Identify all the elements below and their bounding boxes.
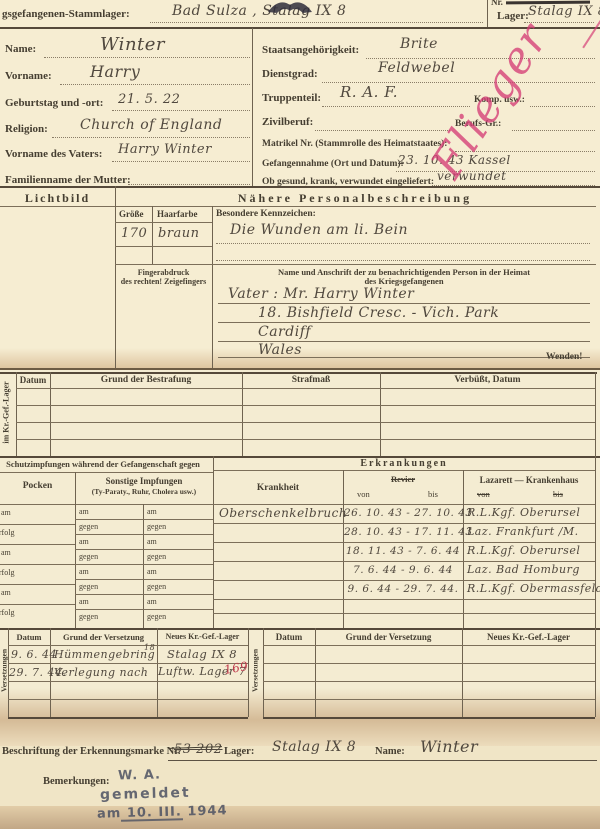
kennzeichen-label: Besondere Kennzeichen: [216,209,316,219]
religion-label: Religion: [5,123,48,135]
pocken-erfolg-3: Erfolg [0,608,14,617]
sonst-am-4b: am [147,597,157,606]
erkr-v3 [595,456,596,628]
footer-name-label: Name: [375,746,405,757]
name-value: Winter [100,34,165,55]
fingerprint-top-rule [115,264,596,265]
erkr-row1-dates: 26. 10. 43 - 27. 10. 43 [344,507,462,519]
dienstgrad-value: Feldwebel [378,60,455,76]
sonst-r6 [75,594,213,595]
vers-l-r3 [8,699,248,700]
strafen-row1 [16,405,595,406]
page-junction-line [0,368,600,370]
wenden-label: Wenden! [546,352,582,362]
vers-l-bottom [8,717,248,719]
beschriftung-label: Beschriftung der Erkennungsmarke Nr. [2,746,181,757]
footer-name-value: Winter [420,737,478,756]
contact-header-2: des Kriegsgefangenen [212,276,596,286]
lazarett-bis-struck: bis [553,489,563,499]
vorname-value: Harry [90,62,140,81]
impf-header-rule [0,504,213,505]
pocken-am-2: am [1,548,11,557]
matrikel-label: Matrikel Nr. (Stammrolle des Heimatstaat… [262,139,447,149]
erkr-r6 [213,613,595,614]
vers-l-r2 [8,681,248,682]
groesse-value: 170 [121,226,147,241]
vers-row2-grund: Verlegung nach [54,666,148,679]
kennzeichen-border [212,206,213,368]
staat-value: Brite [400,36,438,52]
zivilberuf-line [315,130,450,131]
vers-l-r1 [8,663,248,664]
bemerkungen-label: Bemerkungen: [43,776,110,787]
lager-value: Stalag IX 8 [528,4,600,19]
staat-label: Staatsangehörigkeit: [262,44,359,56]
sonstige-label-1: Sonstige Impfungen [75,476,213,486]
erkr-row3-dates: 18. 11. 43 - 7. 6. 44 [344,545,462,557]
strafen-h-datum: Datum [16,375,50,385]
dienstgrad-label: Dienstgrad: [262,68,318,80]
sonst-gegen-1b: gegen [147,522,166,531]
erkr-title-rule [213,470,595,471]
sonst-am-4a: am [79,597,89,606]
footer-lager-label: Lager: [224,746,254,757]
strafen-top-rule [0,372,597,374]
vers-r-h-grund: Grund der Versetzung [315,632,462,642]
geburtstag-line [112,110,250,111]
kennzeichen-line2 [216,260,590,261]
erkr-r5 [213,599,595,600]
revier-label-struck: Revier [343,474,463,484]
erkr-r4 [213,580,595,581]
vater-line [112,161,250,162]
truppenteil-line [322,106,470,107]
strafen-row2 [16,422,595,423]
mutter-line [128,184,250,185]
lazarett-label: Lazarett — Krankenhaus [463,475,595,485]
nr-fragment: Nr. [491,0,503,7]
contact-line4-value: Wales [258,342,302,358]
berufsgr-line [512,130,595,131]
footer-lager-value: Stalag IX 8 [272,739,356,755]
groesse-label: Größe [119,209,144,219]
erkr-row1-krankheit: Oberschenkelbruch [219,506,347,520]
komp-line [530,106,595,107]
pocken-erfolg-1: Erfolg [0,528,14,537]
vorname-line [60,84,250,85]
versetzungen-side-label-left: Versetzungen [0,631,9,711]
haarfarbe-value: braun [158,226,200,241]
pocken-r5 [0,604,75,605]
lager-box-border [487,0,488,28]
pocken-erfolg-2: Erfolg [0,568,14,577]
strafen-v4 [595,372,596,456]
vers-row1-grund: Hümmengebring [54,648,155,661]
eagle-stamp-fragment [266,0,314,14]
erkr-r3 [213,561,595,562]
wa-stamp-line2: gemeldet [100,785,191,803]
personal-divider [252,28,253,186]
erkr-header-rule [213,504,595,505]
groesse-border [152,206,153,264]
sonst-gegen-4a: gegen [79,612,98,621]
name-line [44,57,250,58]
beschreibung-header-rule [0,206,596,207]
sonst-am-1a: am [79,507,89,516]
erkr-row5-dates: 9. 6. 44 - 29. 7. 44. [344,583,462,595]
zivilberuf-label: Zivilberuf: [262,116,313,128]
pocken-am-1: am [1,508,11,517]
bottom-edge-shadow [0,806,600,829]
erkr-row4-dates: 7. 6. 44 - 9. 6. 44 [344,564,462,576]
sonst-gegen-4b: gegen [147,612,166,621]
sonst-am-2b: am [147,537,157,546]
beschreibung-title: Nähere Personalbeschreibung [115,191,595,206]
sonst-am-3a: am [79,567,89,576]
obgesund-label: Ob gesund, krank, verwundet eingeliefert… [262,177,434,187]
sonst-r2 [75,534,213,535]
sonst-r3 [75,549,213,550]
versetzungen-side-label-right: Versetzungen [251,631,260,711]
strafen-side-label: im Kr.-Gef.-Lager [2,373,11,453]
strafen-header-rule [16,388,595,389]
medical-bottom-rule [0,628,600,630]
strafen-h-verbuesst: Verbüßt, Datum [380,375,595,385]
staat-line [366,58,595,59]
bis-label: bis [428,489,438,499]
vers-r-header-rule [263,645,595,646]
pocken-r2 [0,544,75,545]
erkr-r2 [213,542,595,543]
strafen-h-grund: Grund der Bestrafung [50,375,242,385]
erkr-v2 [463,470,464,628]
mutter-label: Familienname der Mutter: [5,174,131,186]
sonst-r1 [75,519,213,520]
pocken-label: Pocken [0,481,75,491]
vers-l-header-rule [8,645,248,646]
vers-row1-datum: 9. 6. 44 [11,648,57,661]
vater-label: Vorname des Vaters: [5,148,102,160]
haarfarbe-label: Haarfarbe [157,209,198,219]
name-label: Name: [5,43,36,55]
sonst-r5 [75,579,213,580]
kennzeichen-line1 [216,243,590,244]
erkr-row3-lazarett: R.L.Kgf. Oberursel [467,544,580,557]
contact-rule1 [218,303,590,304]
krankheit-label: Krankheit [213,483,343,493]
vater-value: Harry Winter [118,142,212,157]
sonst-am-3b: am [147,567,157,576]
geburtstag-value: 21. 5. 22 [118,92,180,107]
sonst-am-2a: am [79,537,89,546]
vers-r-bottom [263,717,595,719]
pocken-am-3: am [1,588,11,597]
vers-r-r1 [263,663,595,664]
sonstige-label-2: (Ty-Paraty., Ruhr, Cholera usw.) [75,487,213,496]
sonst-gegen-2b: gegen [147,552,166,561]
erkr-row4-lazarett: Laz. Bad Homburg [467,563,580,576]
lazarett-von-struck: von [477,489,490,499]
strafen-row3 [16,439,595,440]
religion-value: Church of England [80,117,222,133]
contact-line1-value: Vater : Mr. Harry Winter [228,286,414,302]
fingerprint-label-2: des rechten! Zeigefingers [115,277,212,286]
vers-row1-grund-sup: 18 [144,643,155,652]
vers-l-h-lager: Neues Kr.-Gef.-Lager [157,632,248,641]
sonst-gegen-3b: gegen [147,582,166,591]
pocken-r4 [0,584,75,585]
erkr-row5-lazarett: R.L.Kgf. Obermassfeld [467,582,600,595]
erkennungsmarke-nr: 53 202 [174,742,223,757]
contact-line3-value: Cardiff [258,324,311,340]
truppenteil-label: Truppenteil: [262,92,321,104]
vers-l-h-grund: Grund der Versetzung [50,632,157,642]
erkr-r1 [213,523,595,524]
contact-rule2 [218,322,590,323]
gefangennahme-label: Gefangennahme (Ort und Datum): [262,159,404,169]
fingerprint-label-1: Fingerabdruck [115,268,212,277]
sonst-r7 [75,609,213,610]
stammlager-value: Bad Sulza , Stalag IX 8 [172,3,346,19]
von-label: von [357,489,370,499]
vorname-label: Vorname: [5,70,52,82]
contact-line2-value: 18. Bishfield Cresc. - Vich. Park [258,305,499,321]
lichtbild-label: Lichtbild [0,191,115,206]
vers-row1-lager: Stalag IX 8 [158,647,246,661]
vers-r-v3 [595,628,596,717]
sonst-r4 [75,564,213,565]
pow-record-card-scan: gsgefangenen-Stammlager: Bad Sulza , Sta… [0,0,600,829]
religion-line [52,137,250,138]
vers-r-h-lager: Neues Kr.-Gef.-Lager [462,632,595,642]
impfungen-title-rule [0,472,213,473]
erkrankungen-title: Erkrankungen [213,458,595,469]
geburtstag-label: Geburtstag und -ort: [5,97,103,109]
kennzeichen-value: Die Wunden am li. Bein [230,222,408,238]
sonst-gegen-3a: gegen [79,582,98,591]
stammlager-label: gsgefangenen-Stammlager: [2,8,130,20]
erkr-row2-lazarett: Laz. Frankfurt /M. [467,525,579,538]
erkr-row1-lazarett: R.L.Kgf. Oberursel [467,506,580,519]
pocken-r1 [0,524,75,525]
pocken-r3 [0,564,75,565]
vers-r-r3 [263,699,595,700]
groesse-header-rule [115,222,212,223]
vers-l-h-datum: Datum [8,632,50,642]
lager-line [524,22,594,23]
sonst-am-1b: am [147,507,157,516]
impfungen-title: Schutzimpfungen während der Gefangenscha… [0,459,216,469]
groesse-value-rule [115,246,212,247]
sonst-gegen-1a: gegen [79,522,98,531]
wa-stamp-line1: W. A. [118,767,161,783]
vers-r-r2 [263,681,595,682]
vers-r-h-datum: Datum [263,632,315,642]
strafen-h-strafmass: Strafmaß [242,375,380,385]
truppenteil-value: R. A. F. [340,83,398,101]
stammlager-line [150,22,483,23]
footer-rule [168,760,597,761]
sonst-gegen-2a: gegen [79,552,98,561]
erkr-row2-dates: 28. 10. 43 - 17. 11. 43 [344,526,462,538]
